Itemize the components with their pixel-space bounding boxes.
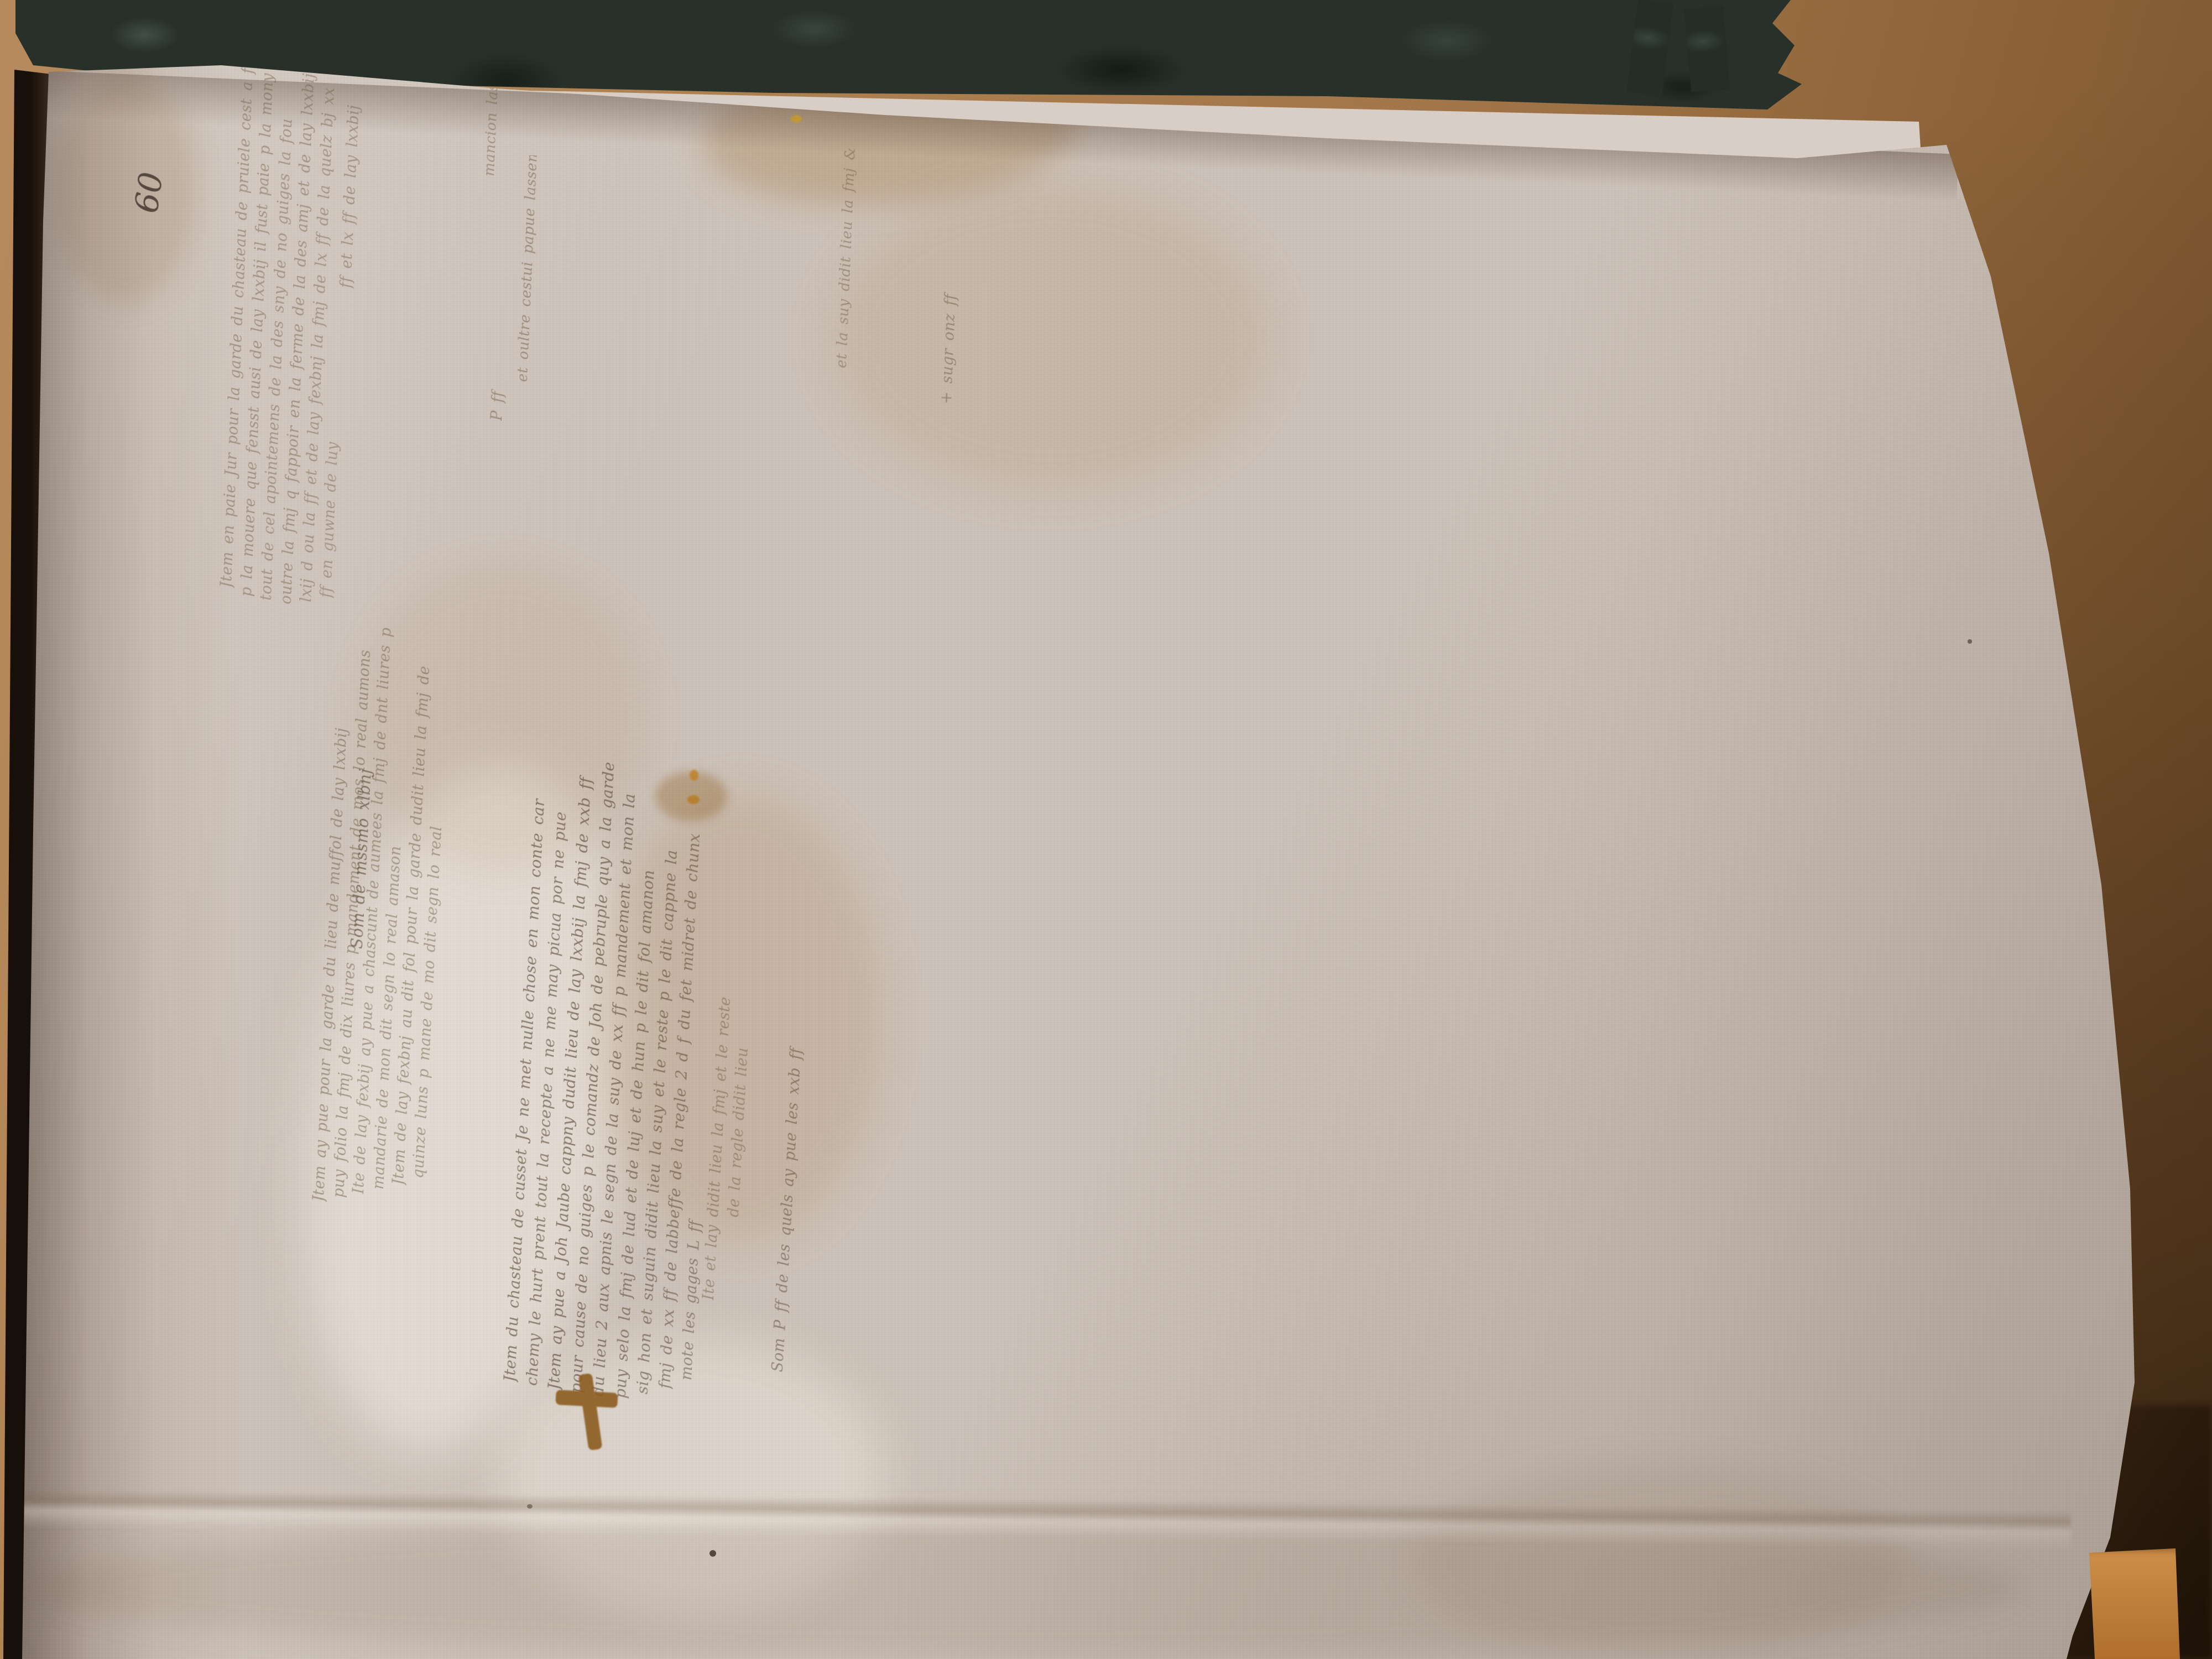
wax-fleck: [690, 770, 698, 781]
horizontal-crease: [22, 1489, 2072, 1550]
manuscript-line: du lieu 2 aux apnis le segn de la suy de…: [589, 255, 667, 1397]
gutter-shadow: [22, 61, 243, 1659]
manuscript-line: tout de cel apointemens de la des sny de…: [257, 70, 299, 601]
manuscript-line: ff en guwne de luy: [317, 178, 354, 598]
manuscript-line: Jtem ay pue pour la garde du lieu de muf…: [310, 603, 358, 1202]
ink-speck: [709, 1550, 716, 1557]
manuscript-line: Som de mssmo xlbnj ff: [347, 766, 375, 949]
ink-speck: [1968, 639, 1972, 644]
manuscript-line: lxij d ou la ff et de lay fexbnj la fmj …: [297, 70, 340, 603]
manuscript-line: p la mouere que fensst ausi de lay lxxbi…: [237, 66, 278, 597]
manuscript-line: mancion lassemain: [480, 68, 503, 176]
bleached-patch: [263, 745, 666, 1473]
manuscript-line: de la regle didit lieu: [724, 665, 774, 1218]
water-stain: [359, 564, 647, 874]
marginal-cross-mark: [555, 1374, 620, 1451]
manuscript-line: pour cause de no guiges p le comandz de …: [567, 254, 645, 1394]
manuscript-line: chemy le hurt prent tout la recepte a ne…: [523, 249, 599, 1386]
top-edge-shadow: [45, 71, 1958, 201]
manuscript-line: puy selo la fmj de lud et de luj et de h…: [611, 262, 691, 1399]
wax-fleck: [791, 115, 802, 123]
manuscript-line: ff et lx ff de lay lxxbij: [337, 66, 366, 288]
manuscript-line: P ff: [488, 368, 509, 421]
manuscript-line: sig hon et suguin didit lieu la suy et l…: [633, 295, 712, 1395]
page-vignette: [0, 0, 2212, 1659]
manuscript-line: Jtem de lay fexbnj au dit fol pour la ga…: [389, 602, 437, 1185]
stain-rim: [655, 771, 727, 821]
torn-cover-flap: [1684, 6, 1730, 92]
ink-speck: [527, 1504, 533, 1509]
water-stain: [597, 791, 885, 1244]
paper-texture: [0, 0, 2212, 1659]
folio-number: 60: [127, 170, 170, 216]
manuscript-line: et oultre cestui papue lassemain: [513, 155, 542, 382]
water-stain: [830, 182, 1272, 492]
manuscript-line: quinze luns p mane de mo dit segn lo rea…: [409, 601, 458, 1178]
manuscript-line: fmj de xx ff de labbeffe de la regle 2 d…: [655, 367, 729, 1389]
bottom-wash-stain: [33, 1515, 2024, 1659]
manuscript-line: Som P ff de les quels ay pue les xxb ff: [769, 896, 815, 1373]
manuscript-line: Ite de lay fexbij ay pue a chascunt de a…: [349, 602, 397, 1194]
cross-vertical-bar: [578, 1373, 603, 1451]
manuscript-line: Jtem en paie Jur pour la garde du chaste…: [217, 65, 258, 588]
manuscript-line: et la suy didit lieu la fmj &: [832, 130, 860, 368]
manuscript-line: outre la fmj q fappoir en la ferme de la…: [277, 69, 319, 605]
manuscript-line: Jtem ay pue a Joh Jaube cappny dudit lie…: [545, 251, 623, 1390]
manuscript-line: puy folio la fmj de dix liures p mandeme…: [330, 603, 377, 1198]
manuscript-line: mandarie de mon dit segn lo real amason: [369, 602, 418, 1190]
wax-fleck: [687, 795, 700, 804]
cross-horizontal-bar: [555, 1390, 618, 1408]
torn-cover-flap: [1627, 0, 1673, 96]
handwriting-layer: Jtem en paie Jur pour la garde du chaste…: [0, 0, 2212, 1659]
manuscript-page: Jtem en paie Jur pour la garde du chaste…: [0, 0, 2212, 1659]
water-stain: [698, 48, 1083, 218]
manuscript-line: + sugr onz ff: [937, 232, 963, 404]
orange-slip-tab: [2085, 1547, 2182, 1659]
corner-stain: [53, 72, 196, 304]
manuscript-line: mote les gages L ff: [677, 496, 745, 1380]
water-stain: [1410, 1465, 1908, 1659]
manuscript-line: Jtem du chasteau de cusset Je ne met nul…: [500, 247, 577, 1383]
manuscript-line: Ite et lay didit lieu la fmj et le reste: [700, 609, 757, 1301]
bleached-patch: [498, 1338, 885, 1615]
